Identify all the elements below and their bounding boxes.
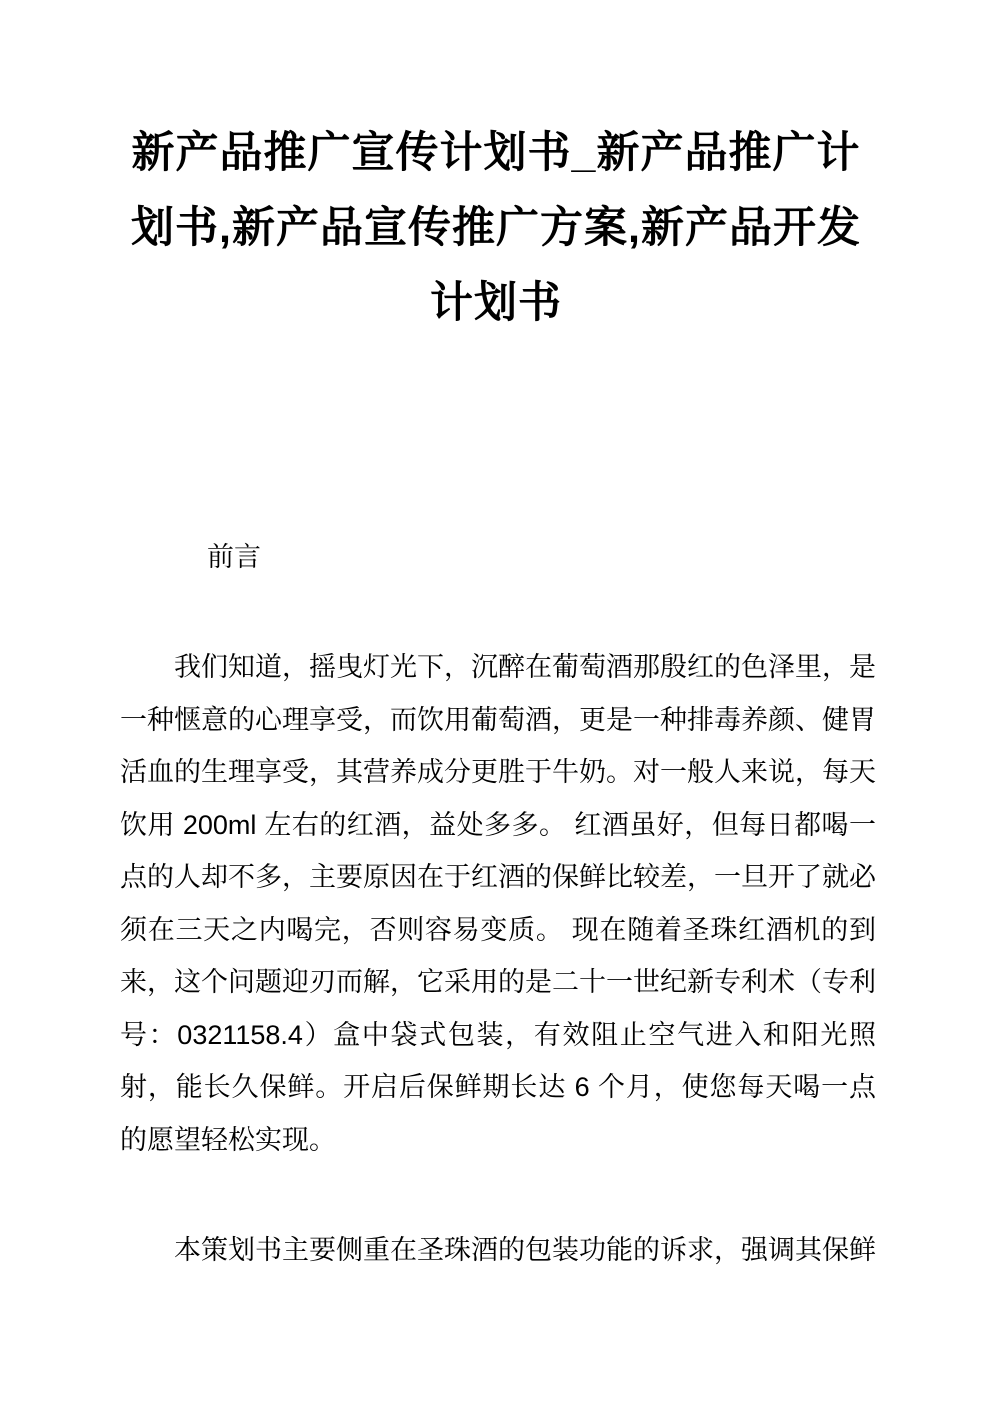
body-paragraph: 本策划书主要侧重在圣珠酒的包装功能的诉求，强调其保鲜 bbox=[120, 1224, 876, 1277]
body-paragraph: 我们知道，摇曳灯光下，沉醉在葡萄酒那殷红的色泽里，是一种惬意的心理享受，而饮用葡… bbox=[120, 641, 876, 1166]
section-heading-preface: 前言 bbox=[120, 531, 876, 583]
document-page: 新产品推广宣传计划书_新产品推广计划书,新产品宣传推广方案,新产品开发计划书 前… bbox=[0, 0, 992, 1403]
document-title: 新产品推广宣传计划书_新产品推广计划书,新产品宣传推广方案,新产品开发计划书 bbox=[112, 116, 880, 341]
